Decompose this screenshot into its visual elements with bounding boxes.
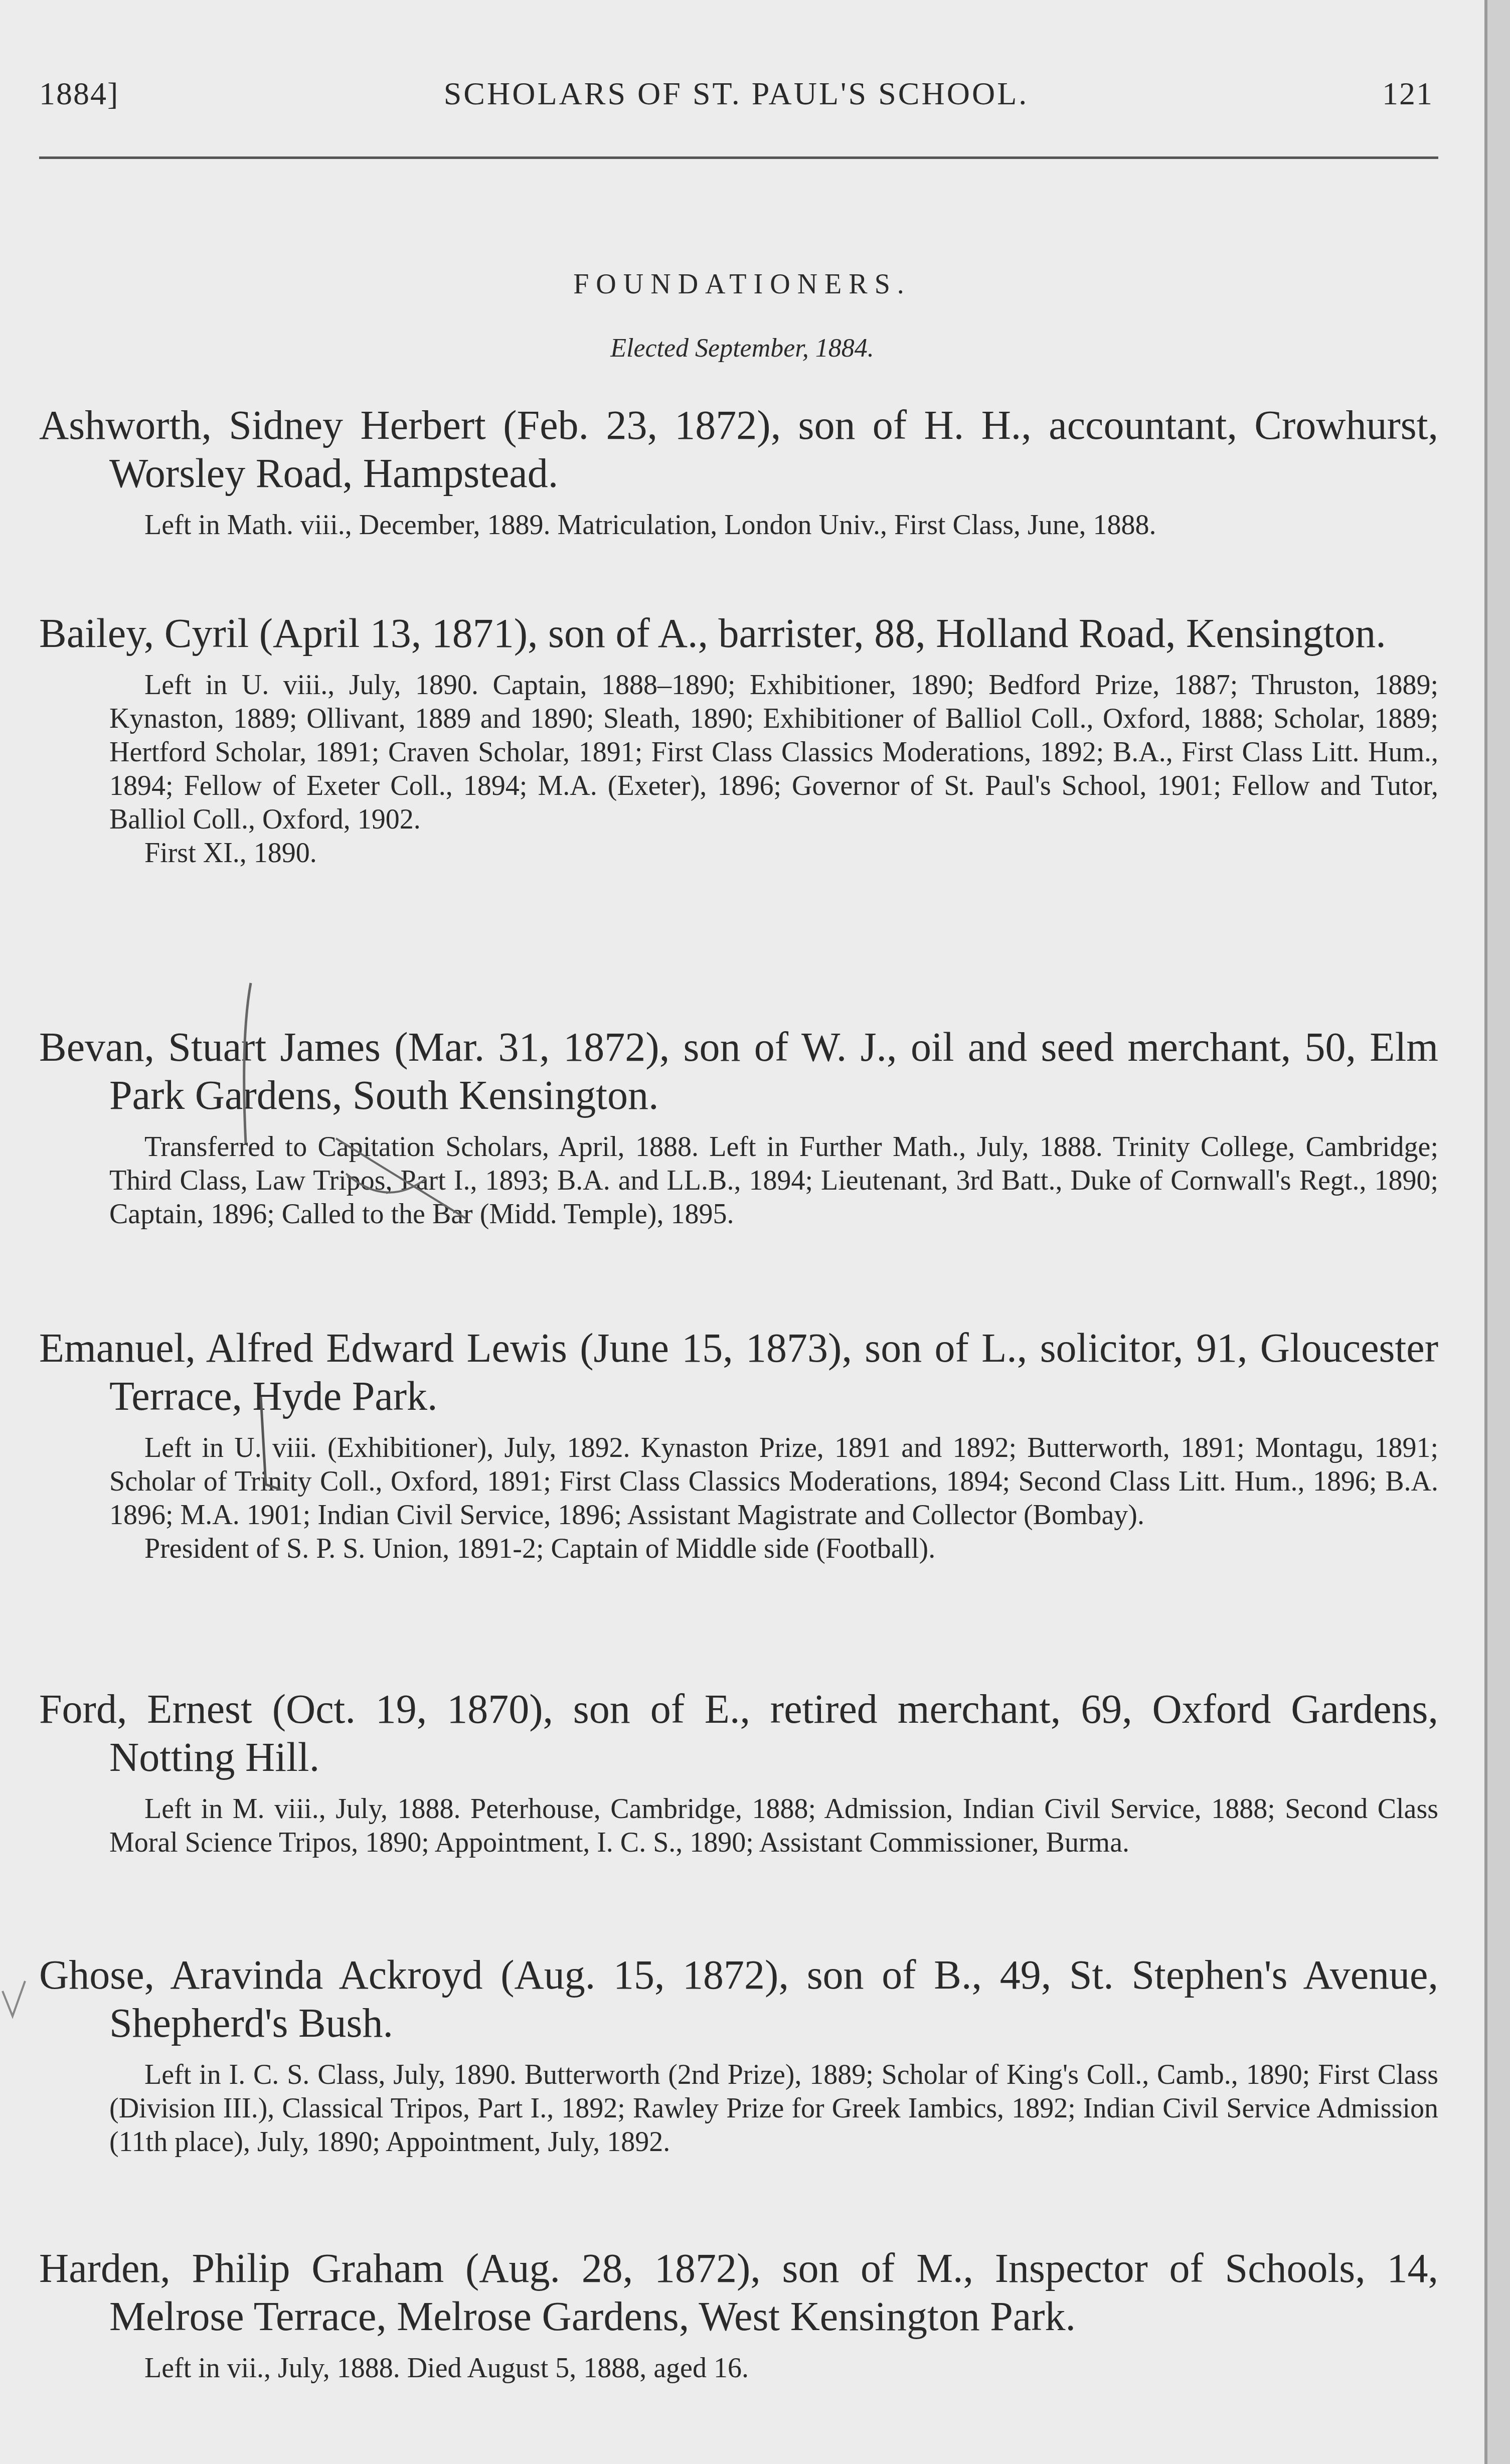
entry-heading: Ghose, Aravinda Ackroyd (Aug. 15, 1872),…: [39, 1951, 1438, 2047]
entry-heading: Ashworth, Sidney Herbert (Feb. 23, 1872)…: [39, 401, 1438, 498]
entry-ashworth: Ashworth, Sidney Herbert (Feb. 23, 1872)…: [39, 401, 1438, 542]
entry-note: President of S. P. S. Union, 1891-2; Cap…: [39, 1532, 1438, 1566]
entry-emanuel: Emanuel, Alfred Edward Lewis (June 15, 1…: [39, 1324, 1438, 1566]
entry-body: Left in Math. viii., December, 1889. Mat…: [39, 509, 1438, 542]
entry-heading: Harden, Philip Graham (Aug. 28, 1872), s…: [39, 2244, 1438, 2341]
entry-ghose: Ghose, Aravinda Ackroyd (Aug. 15, 1872),…: [39, 1951, 1438, 2159]
running-head: 1884] SCHOLARS OF ST. PAUL'S SCHOOL. 121: [39, 75, 1433, 120]
entry-bailey: Bailey, Cyril (April 13, 1871), son of A…: [39, 609, 1438, 870]
section-subtitle: Elected September, 1884.: [0, 334, 1484, 363]
section-title: FOUNDATIONERS.: [0, 268, 1484, 300]
running-head-title: SCHOLARS OF ST. PAUL'S SCHOOL.: [39, 75, 1433, 112]
entry-heading: Bailey, Cyril (April 13, 1871), son of A…: [39, 609, 1438, 658]
entry-body: Left in U. viii. (Exhibitioner), July, 1…: [39, 1431, 1438, 1532]
entry-body: Left in vii., July, 1888. Died August 5,…: [39, 2352, 1438, 2385]
entry-body: Left in I. C. S. Class, July, 1890. Butt…: [39, 2058, 1438, 2159]
entry-body: Left in M. viii., July, 1888. Peterhouse…: [39, 1792, 1438, 1860]
book-page: 1884] SCHOLARS OF ST. PAUL'S SCHOOL. 121…: [0, 0, 1487, 2464]
entry-heading: Emanuel, Alfred Edward Lewis (June 15, 1…: [39, 1324, 1438, 1420]
pencil-tick-mark: [0, 1976, 30, 2026]
entry-harden: Harden, Philip Graham (Aug. 28, 1872), s…: [39, 2244, 1438, 2385]
entry-note: First XI., 1890.: [39, 837, 1438, 870]
entry-heading: Bevan, Stuart James (Mar. 31, 1872), son…: [39, 1023, 1438, 1119]
entry-heading: Ford, Ernest (Oct. 19, 1870), son of E.,…: [39, 1685, 1438, 1781]
header-rule: [39, 156, 1438, 159]
entry-body: Transferred to Capitation Scholars, Apri…: [39, 1130, 1438, 1231]
entry-body: Left in U. viii., July, 1890. Captain, 1…: [39, 669, 1438, 837]
entry-bevan: Bevan, Stuart James (Mar. 31, 1872), son…: [39, 1023, 1438, 1231]
entry-ford: Ford, Ernest (Oct. 19, 1870), son of E.,…: [39, 1685, 1438, 1860]
page-number: 121: [1382, 75, 1433, 112]
